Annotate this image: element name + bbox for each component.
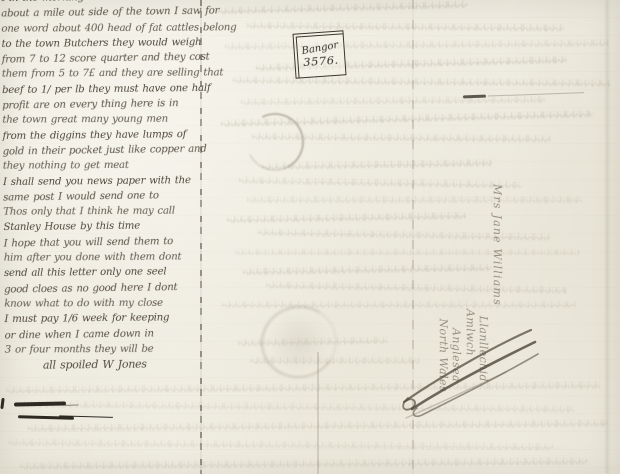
- stamp-frame: Bangor 3576.: [295, 33, 346, 78]
- fold-crease-right-edge: [606, 0, 609, 474]
- letter-line: 3 or four months they will be: [5, 341, 213, 358]
- bleedthrough-line: [266, 281, 567, 293]
- letter-line: or dine when I came down in: [5, 325, 213, 343]
- bleedthrough-line: [225, 39, 609, 49]
- bleedthrough-line: [258, 228, 550, 240]
- letter-line: about a mile out side of the town I saw …: [1, 4, 209, 22]
- ink-tick: [0, 398, 4, 409]
- bleedthrough-line: [227, 211, 466, 222]
- bleedthrough-line: [247, 196, 583, 203]
- letter-line: Thos only that I think he may call: [3, 204, 211, 221]
- letter-line: they nothing to get meat: [3, 158, 211, 175]
- pen-flourish: [388, 322, 540, 420]
- bleedthrough-line: [218, 1, 468, 14]
- letter-line: him after you done with them dont: [4, 249, 212, 266]
- letter-line: all spoiled W Jones: [5, 356, 213, 373]
- bleedthrough-line: [222, 301, 576, 308]
- letter-body: t in the morningabout a mile out side of…: [1, 0, 213, 374]
- ink-strike-2: [18, 415, 74, 420]
- letter-line: one word about 400 head of fat cattles b…: [1, 20, 209, 37]
- bleedthrough-line: [233, 76, 611, 86]
- bangor-receiving-stamp: Bangor 3576.: [292, 30, 346, 78]
- letter-line: know what to do with my close: [4, 295, 212, 312]
- bleedthrough-line: [9, 439, 553, 450]
- bleedthrough-line: [241, 95, 546, 104]
- letter-line: the town great many young men: [2, 112, 210, 129]
- letter-scan-page: t in the morningabout a mile out side of…: [0, 0, 620, 474]
- bleedthrough-line: [20, 458, 587, 469]
- bleedthrough-line: [247, 21, 564, 30]
- bleedthrough-line: [235, 249, 580, 256]
- postmark-circle-lower: [254, 299, 343, 385]
- letter-line: them from 5 to 7£ and they are selling t…: [2, 66, 210, 83]
